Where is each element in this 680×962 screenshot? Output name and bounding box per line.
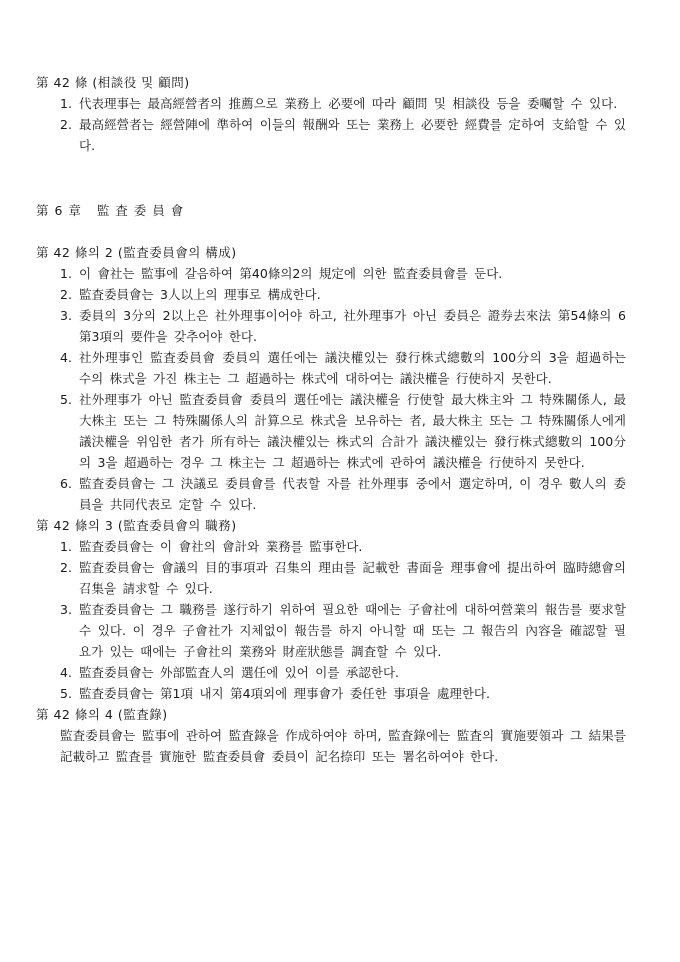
article-42-2: 第 42 條의 2 (監査委員會의 構成) 1. 이 會社는 監事에 갈음하여 … <box>36 242 626 515</box>
item-number: 2. <box>60 114 79 156</box>
item-number: 1. <box>60 263 79 284</box>
item-text: 社外理事인 監査委員會 委員의 選任에는 議決權있는 發行株式總數의 100分의… <box>79 347 626 389</box>
item-number: 5. <box>60 683 79 704</box>
item-text: 監査委員會는 第1項 내지 第4項외에 理事會가 委任한 事項을 處理한다. <box>79 683 626 704</box>
item-text: 監査委員會는 그 決議로 委員會를 代表할 자를 社外理事 중에서 選定하며, … <box>79 473 626 515</box>
article-42-item-2: 2. 最高經營者는 經營陣에 準하여 이들의 報酬와 또는 業務上 必要한 經費… <box>60 114 626 156</box>
item-number: 1. <box>60 536 79 557</box>
item-number: 2. <box>60 557 79 599</box>
item-text: 最高經營者는 經營陣에 準하여 이들의 報酬와 또는 業務上 必要한 經費를 定… <box>79 114 626 156</box>
article-42-2-item-3: 3. 委員의 3分의 2以上은 社外理事이어야 하고, 社外理事가 아닌 委員은… <box>60 305 626 347</box>
article-42: 第 42 條 (相談役 및 顧問) 1. 代表理事는 最高經營者의 推薦으로 業… <box>36 72 626 156</box>
item-number: 6. <box>60 473 79 515</box>
article-42-3-item-1: 1. 監査委員會는 이 會社의 會計와 業務를 監事한다. <box>60 536 626 557</box>
item-text: 社外理事가 아닌 監査委員會 委員의 選任에는 議決權을 行使할 最大株主와 그… <box>79 389 626 473</box>
article-42-2-item-2: 2. 監査委員會는 3人以上의 理事로 構成한다. <box>60 284 626 305</box>
item-number: 3. <box>60 599 79 662</box>
item-text: 監査委員會는 外部監査人의 選任에 있어 이를 承認한다. <box>79 662 626 683</box>
article-42-2-item-1: 1. 이 會社는 監事에 갈음하여 第40條의2의 規定에 의한 監査委員會를 … <box>60 263 626 284</box>
item-number: 2. <box>60 284 79 305</box>
article-42-item-1: 1. 代表理事는 最高經營者의 推薦으로 業務上 必要에 따라 顧問 및 相談役… <box>60 93 626 114</box>
item-text: 이 會社는 監事에 갈음하여 第40條의2의 規定에 의한 監査委員會를 둔다. <box>79 263 626 284</box>
article-42-2-item-5: 5. 社外理事가 아닌 監査委員會 委員의 選任에는 議決權을 行使할 最大株主… <box>60 389 626 473</box>
article-42-3-title: 第 42 條의 3 (監査委員會의 職務) <box>36 515 626 536</box>
article-42-3-item-5: 5. 監査委員會는 第1項 내지 第4項외에 理事會가 委任한 事項을 處理한다… <box>60 683 626 704</box>
chapter-6-title: 第 6 章 監 査 委 員 會 <box>36 200 626 221</box>
article-42-3-item-2: 2. 監査委員會는 會議의 目的事項과 召集의 理由를 記載한 書面을 理事會에… <box>60 557 626 599</box>
item-text: 監査委員會는 會議의 目的事項과 召集의 理由를 記載한 書面을 理事會에 提出… <box>79 557 626 599</box>
item-text: 監査委員會는 그 職務를 遂行하기 위하여 필요한 때에는 子會社에 대하여營業… <box>79 599 626 662</box>
article-42-title: 第 42 條 (相談役 및 顧問) <box>36 72 626 93</box>
item-text: 監査委員會는 이 會社의 會計와 業務를 監事한다. <box>79 536 626 557</box>
article-42-2-item-4: 4. 社外理事인 監査委員會 委員의 選任에는 議決權있는 發行株式總數의 10… <box>60 347 626 389</box>
article-42-4: 第 42 條의 4 (監査錄) 監査委員會는 監事에 관하여 監査錄을 作成하여… <box>36 704 626 767</box>
article-42-2-item-6: 6. 監査委員會는 그 決議로 委員會를 代表할 자를 社外理事 중에서 選定하… <box>60 473 626 515</box>
article-42-4-title: 第 42 條의 4 (監査錄) <box>36 704 626 725</box>
item-number: 4. <box>60 662 79 683</box>
article-42-2-title: 第 42 條의 2 (監査委員會의 構成) <box>36 242 626 263</box>
article-42-4-body: 監査委員會는 監事에 관하여 監査錄을 作成하여야 하며, 監査錄에는 監査의 … <box>60 725 626 767</box>
item-number: 1. <box>60 93 79 114</box>
article-42-3-item-4: 4. 監査委員會는 外部監査人의 選任에 있어 이를 承認한다. <box>60 662 626 683</box>
item-text: 監査委員會는 3人以上의 理事로 構成한다. <box>79 284 626 305</box>
article-42-3: 第 42 條의 3 (監査委員會의 職務) 1. 監査委員會는 이 會社의 會計… <box>36 515 626 704</box>
item-text: 委員의 3分의 2以上은 社外理事이어야 하고, 社外理事가 아닌 委員은 證券… <box>79 305 626 347</box>
article-42-3-item-3: 3. 監査委員會는 그 職務를 遂行하기 위하여 필요한 때에는 子會社에 대하… <box>60 599 626 662</box>
item-number: 5. <box>60 389 79 473</box>
item-number: 3. <box>60 305 79 347</box>
item-number: 4. <box>60 347 79 389</box>
document-page: 第 42 條 (相談役 및 顧問) 1. 代表理事는 最高經營者의 推薦으로 業… <box>0 0 680 962</box>
item-text: 代表理事는 最高經營者의 推薦으로 業務上 必要에 따라 顧問 및 相談役 등을… <box>79 93 626 114</box>
